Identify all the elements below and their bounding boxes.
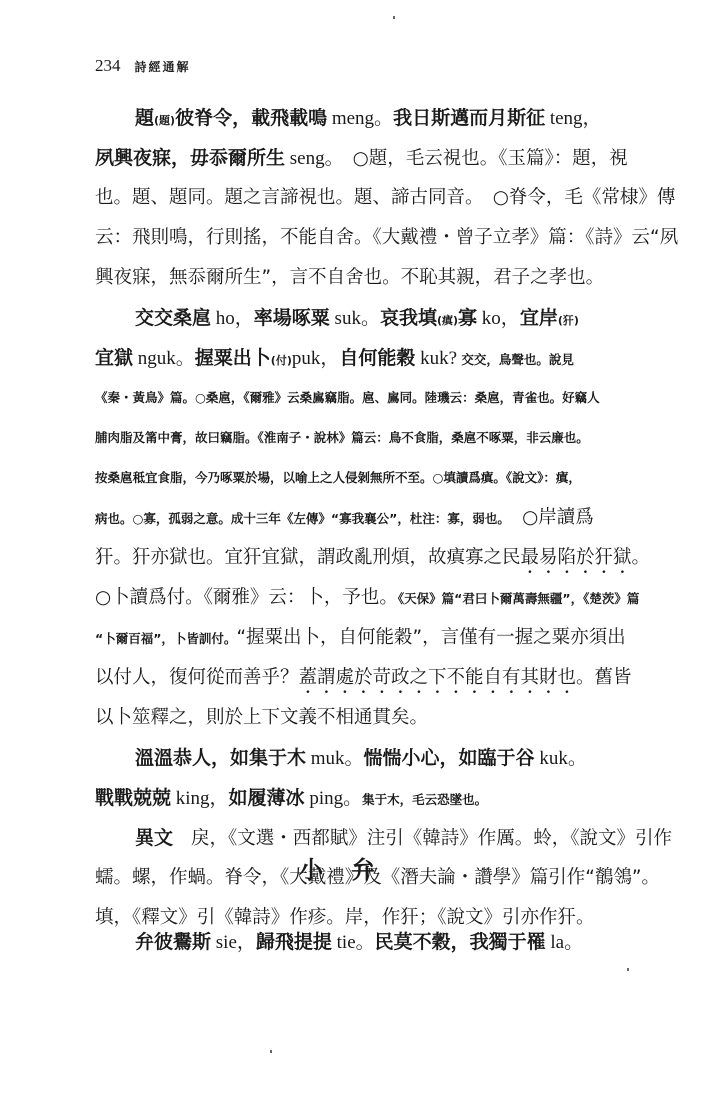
verse-line: 夙興夜寐，毋忝爾所生 seng。 ○題，毛云視也。《玉篇》：題，視 [95,138,625,178]
verse-line: 戰戰兢兢 king，如履薄冰 ping。集于木，毛云恐墜也。 [95,778,625,818]
emphasis-dotted: 蓋謂處於苛政之下不能自有其財也 [299,667,577,688]
commentary-line: 也。題、題同。題之言諦視也。題、諦古同音。 ○脊令，毛《常棣》傳 [95,178,625,218]
verse-line: 弁彼鸒斯 sie，歸飛提提 tie。民莫不穀，我獨于罹 la。 [135,922,583,962]
commentary-line: 云：飛則鳴，行則搖，不能自舍。《大戴禮・曾子立孝》篇：《詩》云“夙 [95,218,625,258]
poem-title: 小弁 [0,850,702,885]
commentary-line: 犴。犴亦獄也。宜犴宜獄，謂政亂刑煩，故瘨寡之民最易陷於犴獄。 [95,538,625,578]
book-title: 詩經通解 [135,58,191,75]
book-page: 234 詩經通解 題(題)彼脊令，載飛載鳴 meng。我日斯邁而月斯征 teng… [0,0,702,1110]
commentary-line-small: 脯肉脂及筩中膏，故曰竊脂。《淮南子・說林》篇云：鳥不食脂，桑扈不啄粟，非云廉也。 [95,418,625,458]
scan-speck [627,968,629,971]
commentary-line-small: 按桑扈秪宜食脂，今乃啄粟於場，以喻上之人侵剝無所不至。○填讀爲瘨。《說文》：瘨， [95,458,625,498]
commentary-line: ○卜讀爲付。《爾雅》云：卜，予也。《天保》篇“君曰卜爾萬壽無疆”，《楚茨》篇 [95,578,625,618]
verse-line: 題(題)彼脊令，載飛載鳴 meng。我日斯邁而月斯征 teng， [95,98,625,138]
commentary-text: ○題，毛云視也。《玉篇》：題，視 [334,148,628,169]
commentary-line: 以付人，復何從而善乎？蓋謂處於苛政之下不能自有其財也。舊皆 [95,658,625,698]
commentary-line: “卜爾百福”，卜皆訓付。“握粟出卜，自何能穀”，言僅有一握之粟亦須出 [95,618,625,658]
commentary-body: 題(題)彼脊令，載飛載鳴 meng。我日斯邁而月斯征 teng， 夙興夜寐，毋忝… [95,98,625,938]
emphasis-dotted: 最易陷於犴獄 [521,547,632,568]
commentary-line: 以卜筮釋之，則於上下文義不相通貫矣。 [95,698,625,738]
running-header: 234 詩經通解 [95,56,191,76]
commentary-line: 病也。○寡，孤弱之意。成十三年《左傳》“寡我襄公”，杜注：寡，弱也。 ○岸讀爲 [95,498,625,538]
verse-line: 交交桑扈 ho，率場啄粟 suk。哀我填(瘨)寡 ko，宜岸(犴) [95,298,625,338]
verse-line: 宜獄 nguk。握粟出卜(付)puk，自何能穀 kuk? 交交，鳥聲也。說見 [95,338,625,378]
scan-speck [270,1050,272,1053]
variants-label: 異文 [135,827,173,849]
verse-line: 溫溫恭人，如集于木 muk。惴惴小心，如臨于谷 kuk。 [95,738,625,778]
commentary-line-small: 《秦・黃鳥》篇。○桑扈，《爾雅》云桑鳸竊脂。扈、鳸同。陸璣云：桑扈，青雀也。好竊… [95,378,625,418]
commentary-line: 興夜寐，無忝爾所生”，言不自舍也。不恥其親，君子之孝也。 [95,258,625,298]
scan-speck [393,16,395,19]
page-number: 234 [95,56,121,76]
